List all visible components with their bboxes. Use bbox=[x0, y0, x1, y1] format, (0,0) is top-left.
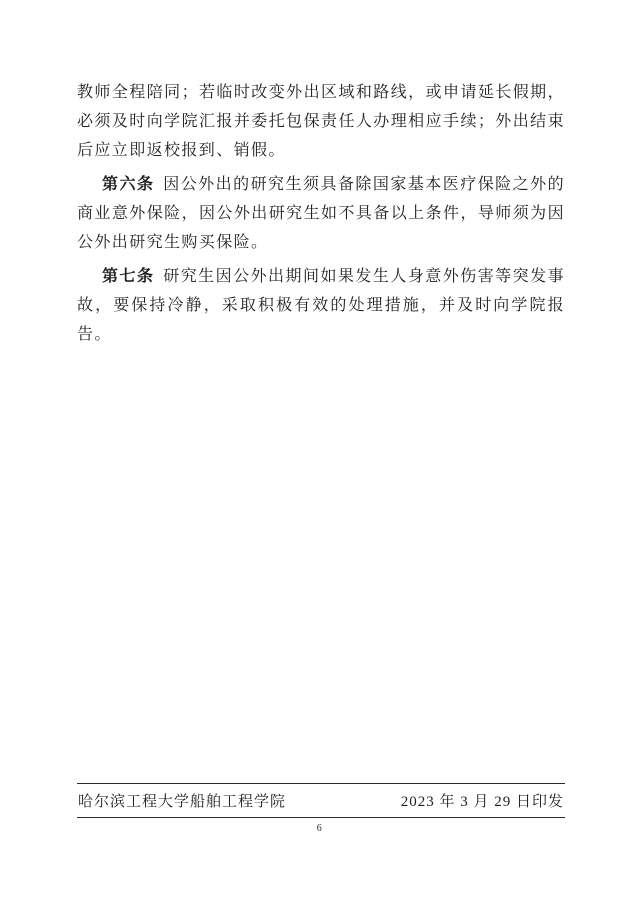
paragraph-article-7: 第七条研究生因公外出期间如果发生人身意外伤害等突发事故，要保持冷静，采取积极有效… bbox=[77, 262, 565, 349]
article-7-heading: 第七条 bbox=[102, 268, 154, 285]
paragraph-article-6: 第六条因公外出的研究生须具备除国家基本医疗保险之外的商业意外保险，因公外出研究生… bbox=[77, 170, 565, 257]
page-number: 6 bbox=[0, 823, 639, 834]
document-page: 教师全程陪同；若临时改变外出区域和路线，或申请延长假期，必须及时向学院汇报并委托… bbox=[0, 0, 639, 905]
article-6-heading: 第六条 bbox=[102, 176, 154, 193]
paragraph-continuation: 教师全程陪同；若临时改变外出区域和路线，或申请延长假期，必须及时向学院汇报并委托… bbox=[77, 78, 565, 165]
footer-imprint-block: 哈尔滨工程大学船舶工程学院 2023 年 3 月 29 日印发 bbox=[77, 783, 565, 818]
document-body: 教师全程陪同；若临时改变外出区域和路线，或申请延长假期，必须及时向学院汇报并委托… bbox=[77, 78, 565, 354]
footer-issuer: 哈尔滨工程大学船舶工程学院 bbox=[77, 790, 286, 811]
footer-print-date: 2023 年 3 月 29 日印发 bbox=[401, 790, 565, 811]
paragraph-text: 教师全程陪同；若临时改变外出区域和路线，或申请延长假期，必须及时向学院汇报并委托… bbox=[77, 84, 565, 159]
